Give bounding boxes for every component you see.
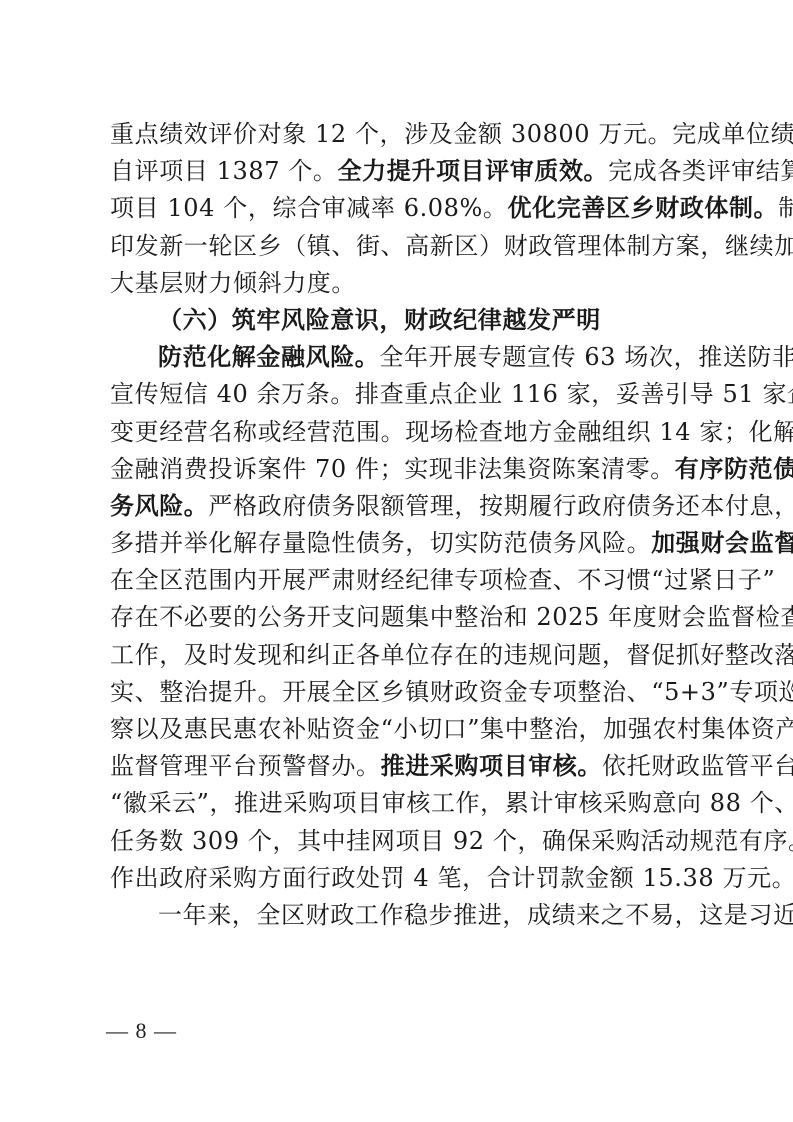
text-line: 监督管理平台预警督办。推进采购项目审核。依托财政监管平台 (110, 748, 692, 785)
bold-lead-phrase: 加强财会监督。 (651, 529, 793, 557)
text-line: 重点绩效评价对象 12 个，涉及金额 30800 万元。完成单位绩效 (110, 116, 692, 153)
document-page: 重点绩效评价对象 12 个，涉及金额 30800 万元。完成单位绩效自评项目 1… (0, 0, 793, 1122)
text-line: 任务数 309 个，其中挂网项目 92 个，确保采购活动规范有序。 (110, 823, 692, 860)
text-run: 宣传短信 40 余万条。排查重点企业 116 家，妥善引导 51 家企业 (110, 380, 793, 408)
text-run: 工作，及时发现和纠正各单位存在的违规问题，督促抓好整改落 (110, 641, 793, 669)
document-body: 重点绩效评价对象 12 个，涉及金额 30800 万元。完成单位绩效自评项目 1… (110, 116, 692, 934)
text-run: 制定 (778, 194, 793, 222)
text-line: 在全区范围内开展严肃财经纪律专项检查、不习惯“过紧日子” (110, 562, 692, 599)
text-run: 全年开展专题宣传 63 场次，推送防非 (379, 343, 793, 371)
paragraph: 一年来，全区财政工作稳步推进，成绩来之不易，这是习近平 (110, 897, 692, 934)
text-run: 察以及惠民惠农补贴资金“小切口”集中整治，加强农村集体资产 (110, 715, 793, 743)
text-run: 大基层财力倾斜力度。 (110, 269, 356, 297)
bold-lead-phrase: 务风险。 (110, 492, 208, 520)
text-line: 察以及惠民惠农补贴资金“小切口”集中整治，加强农村集体资产 (110, 711, 692, 748)
paragraph: 防范化解金融风险。全年开展专题宣传 63 场次，推送防非宣传短信 40 余万条。… (110, 339, 692, 897)
text-line: 自评项目 1387 个。全力提升项目评审质效。完成各类评审结算 (110, 153, 692, 190)
text-run: 任务数 309 个，其中挂网项目 92 个，确保采购活动规范有序。 (110, 827, 793, 855)
text-run: 重点绩效评价对象 12 个，涉及金额 30800 万元。完成单位绩效 (110, 120, 793, 148)
text-run: 多措并举化解存量隐性债务，切实防范债务风险。 (110, 529, 651, 557)
text-run: 完成各类评审结算 (608, 157, 793, 185)
text-run: 实、整治提升。开展全区乡镇财政资金专项整治、“5+3”专项巡 (110, 678, 793, 706)
text-run: 作出政府采购方面行政处罚 4 笔，合计罚款金额 15.38 万元。 (110, 864, 793, 892)
bold-lead-phrase: 全力提升项目评审质效。 (338, 157, 609, 185)
text-run: 金融消费投诉案件 70 件；实现非法集资陈案清零。 (110, 455, 675, 483)
text-line: 一年来，全区财政工作稳步推进，成绩来之不易，这是习近平 (110, 897, 692, 934)
text-run: 印发新一轮区乡（镇、街、高新区）财政管理体制方案，继续加 (110, 232, 793, 260)
text-line: “徽采云”，推进采购项目审核工作，累计审核采购意向 88 个、 (110, 785, 692, 822)
text-line: 防范化解金融风险。全年开展专题宣传 63 场次，推送防非 (110, 339, 692, 376)
text-run: 项目 104 个，综合审减率 6.08%。 (110, 194, 508, 222)
text-run: 一年来，全区财政工作稳步推进，成绩来之不易，这是习近平 (158, 901, 793, 929)
bold-lead-phrase: 有序防范债 (675, 455, 793, 483)
text-run: 存在不必要的公务开支问题集中整治和 2025 年度财会监督检查 (110, 603, 793, 631)
text-line: 变更经营名称或经营范围。现场检查地方金融组织 14 家；化解 (110, 414, 692, 451)
text-line: 宣传短信 40 余万条。排查重点企业 116 家，妥善引导 51 家企业 (110, 376, 692, 413)
bold-lead-phrase: 优化完善区乡财政体制。 (508, 194, 779, 222)
text-line: 作出政府采购方面行政处罚 4 笔，合计罚款金额 15.38 万元。 (110, 860, 692, 897)
text-line: 务风险。严格政府债务限额管理，按期履行政府债务还本付息， (110, 488, 692, 525)
text-run: “徽采云”，推进采购项目审核工作，累计审核采购意向 88 个、 (110, 789, 793, 817)
paragraph: 重点绩效评价对象 12 个，涉及金额 30800 万元。完成单位绩效自评项目 1… (110, 116, 692, 302)
text-run: 依托财政监管平台 (602, 752, 793, 780)
text-line: 项目 104 个，综合审减率 6.08%。优化完善区乡财政体制。制定 (110, 190, 692, 227)
text-line: 工作，及时发现和纠正各单位存在的违规问题，督促抓好整改落 (110, 637, 692, 674)
text-line: 存在不必要的公务开支问题集中整治和 2025 年度财会监督检查 (110, 599, 692, 636)
text-line: 多措并举化解存量隐性债务，切实防范债务风险。加强财会监督。 (110, 525, 692, 562)
text-run: 在全区范围内开展严肃财经纪律专项检查、不习惯“过紧日子” (110, 566, 775, 594)
text-run: 严格政府债务限额管理，按期履行政府债务还本付息， (208, 492, 793, 520)
text-line: 印发新一轮区乡（镇、街、高新区）财政管理体制方案，继续加 (110, 228, 692, 265)
section-heading: （六）筑牢风险意识，财政纪律越发严明 (110, 302, 692, 339)
text-line: 实、整治提升。开展全区乡镇财政资金专项整治、“5+3”专项巡 (110, 674, 692, 711)
text-run: 监督管理平台预警督办。 (110, 752, 381, 780)
text-line: 金融消费投诉案件 70 件；实现非法集资陈案清零。有序防范债 (110, 451, 692, 488)
bold-lead-phrase: 推进采购项目审核。 (381, 752, 602, 780)
text-run: 自评项目 1387 个。 (110, 157, 338, 185)
bold-lead-phrase: 防范化解金融风险。 (158, 343, 379, 371)
page-number: — 8 — (106, 1018, 177, 1044)
text-run: 变更经营名称或经营范围。现场检查地方金融组织 14 家；化解 (110, 418, 793, 446)
text-line: 大基层财力倾斜力度。 (110, 265, 692, 302)
